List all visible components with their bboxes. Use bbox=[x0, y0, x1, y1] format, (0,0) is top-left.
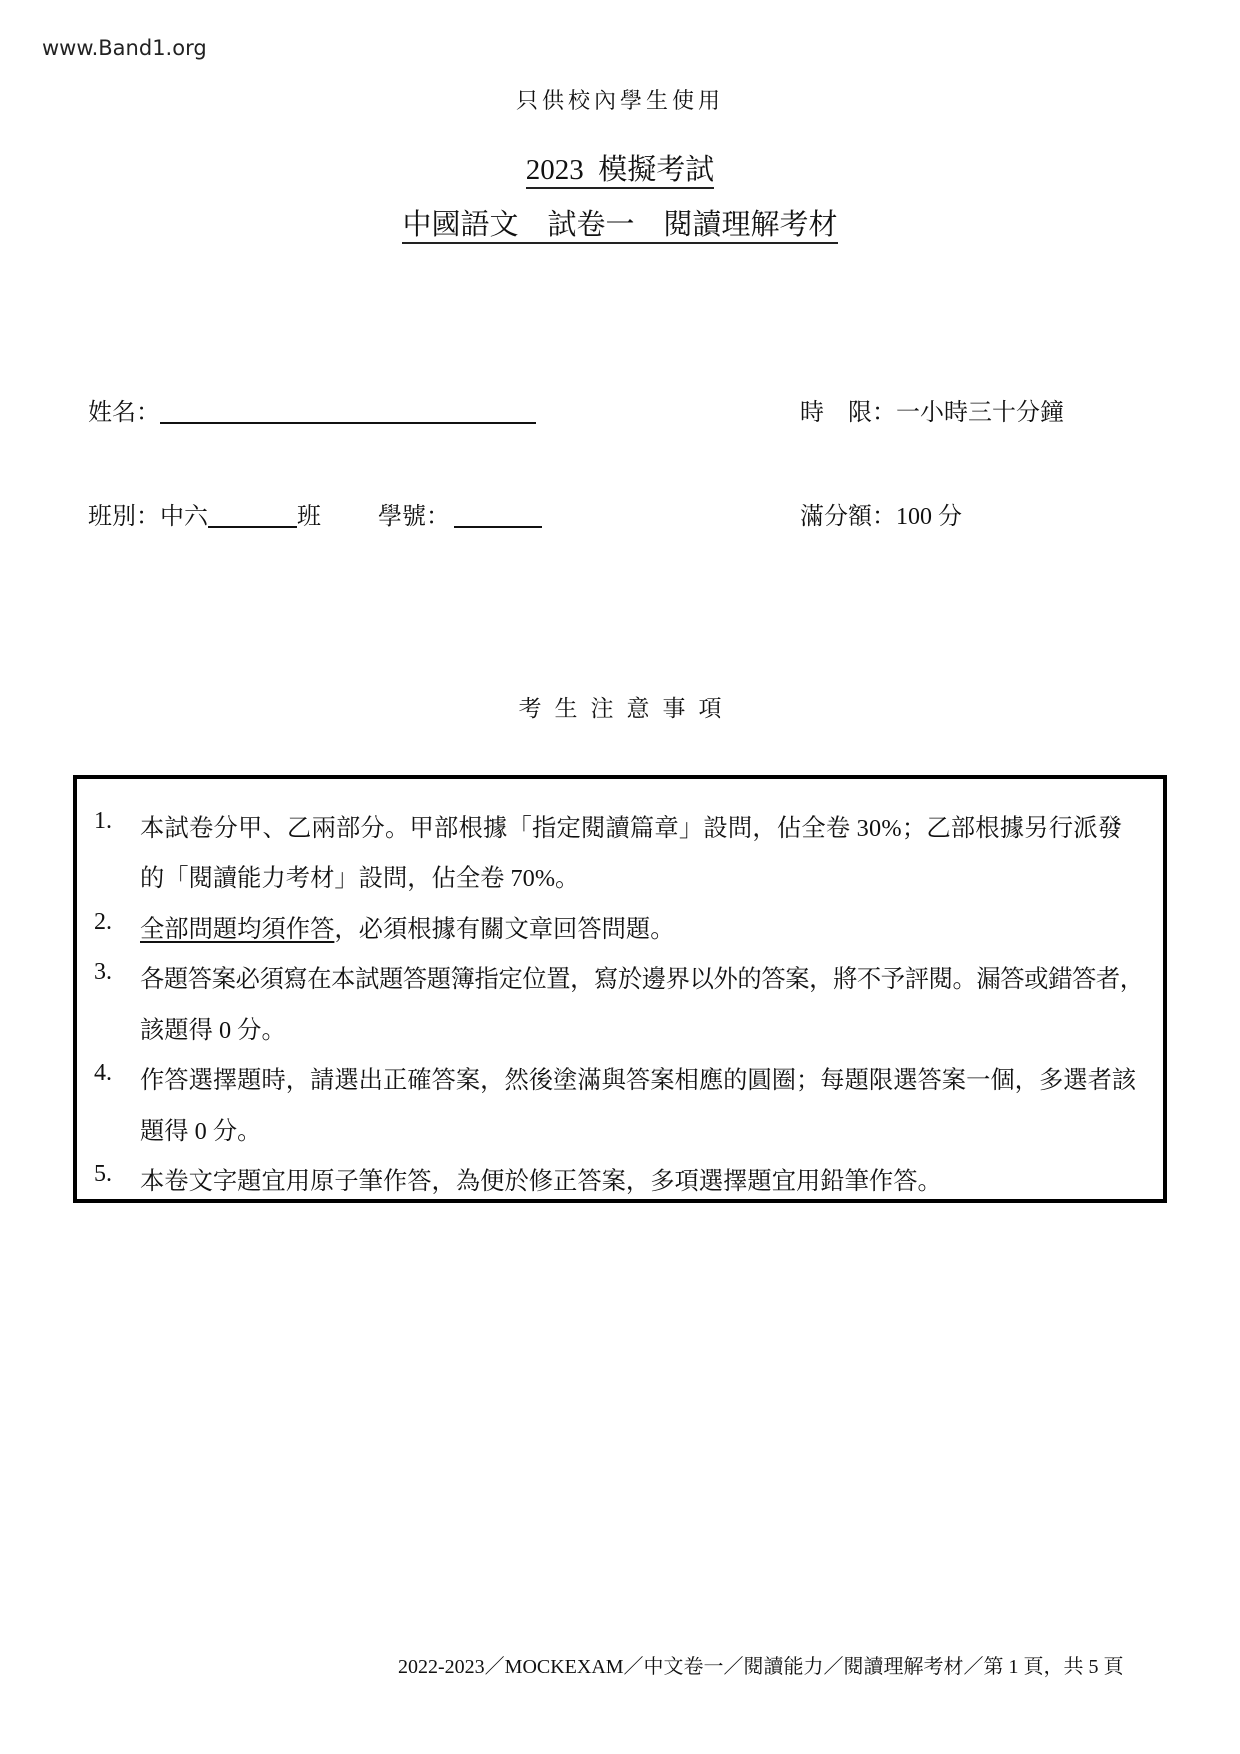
item-number: 2. bbox=[94, 909, 112, 936]
instruction-line: 作答選擇題時，請選出正確答案，然後塗滿與答案相應的圓圈；每題限選答案一個，多選者… bbox=[140, 1060, 1136, 1095]
instruction-line: 的「閱讀能力考材」設問，佔全卷 70%。 bbox=[140, 858, 579, 893]
item-number: 5. bbox=[94, 1161, 112, 1188]
instruction-line: 題得 0 分。 bbox=[140, 1111, 261, 1146]
paper-subtitle-text: 中國語文 試卷一 閱讀理解考材 bbox=[402, 209, 837, 244]
name-blank[interactable] bbox=[160, 421, 536, 424]
name-field: 姓名： bbox=[88, 392, 536, 427]
item-number: 1. bbox=[94, 808, 112, 835]
emphasis-underlined: 全部問題均須作答 bbox=[140, 916, 334, 943]
instruction-line: 該題得 0 分。 bbox=[140, 1010, 286, 1045]
instruction-line: 全部問題均須作答，必須根據有關文章回答問題。 bbox=[140, 909, 675, 944]
watermark: www.Band1.org bbox=[42, 36, 207, 60]
paper-subtitle: 中國語文 試卷一 閱讀理解考材 bbox=[0, 202, 1240, 243]
class-blank[interactable] bbox=[208, 525, 297, 528]
instruction-line: 本卷文字題宜用原子筆作答，為便於修正答案，多項選擇題宜用鉛筆作答。 bbox=[140, 1161, 942, 1196]
student-number-blank[interactable] bbox=[454, 525, 542, 528]
exam-title: 2023 模擬考試 bbox=[0, 147, 1240, 188]
full-marks: 滿分額：100 分 bbox=[800, 496, 962, 531]
class-suffix: 班 bbox=[297, 504, 321, 530]
time-limit-label: 時 限： bbox=[800, 400, 896, 426]
student-number-label: 學號： bbox=[378, 504, 450, 530]
exam-title-text: 2023 模擬考試 bbox=[526, 154, 715, 189]
class-label: 班別：中六 bbox=[88, 504, 208, 530]
class-field: 班別：中六班 bbox=[88, 496, 321, 531]
item-number: 3. bbox=[94, 959, 112, 986]
name-label: 姓名： bbox=[88, 400, 160, 426]
notice-heading: 考生注意事項 bbox=[0, 690, 1240, 723]
time-limit-value: 一小時三十分鐘 bbox=[896, 400, 1064, 426]
full-marks-value: 100 分 bbox=[896, 504, 962, 530]
time-limit: 時 限：一小時三十分鐘 bbox=[800, 392, 1064, 427]
instruction-rest: ，必須根據有關文章回答問題。 bbox=[334, 916, 674, 943]
page-footer: 2022-2023／MOCKEXAM／中文卷一／閱讀能力／閱讀理解考材／第 1 … bbox=[398, 1650, 1124, 1679]
instruction-line: 各題答案必須寫在本試題答題簿指定位置，寫於邊界以外的答案，將不予評閱。漏答或錯答… bbox=[140, 959, 1144, 994]
instruction-line: 本試卷分甲、乙兩部分。甲部根據「指定閱讀篇章」設問，佔全卷 30%；乙部根據另行… bbox=[140, 808, 1122, 843]
student-number-field: 學號： bbox=[378, 496, 542, 531]
item-number: 4. bbox=[94, 1060, 112, 1087]
instructions-box: 1. 本試卷分甲、乙兩部分。甲部根據「指定閱讀篇章」設問，佔全卷 30%；乙部根… bbox=[73, 775, 1167, 1203]
full-marks-label: 滿分額： bbox=[800, 504, 896, 530]
restricted-notice: 只供校內學生使用 bbox=[0, 84, 1240, 115]
